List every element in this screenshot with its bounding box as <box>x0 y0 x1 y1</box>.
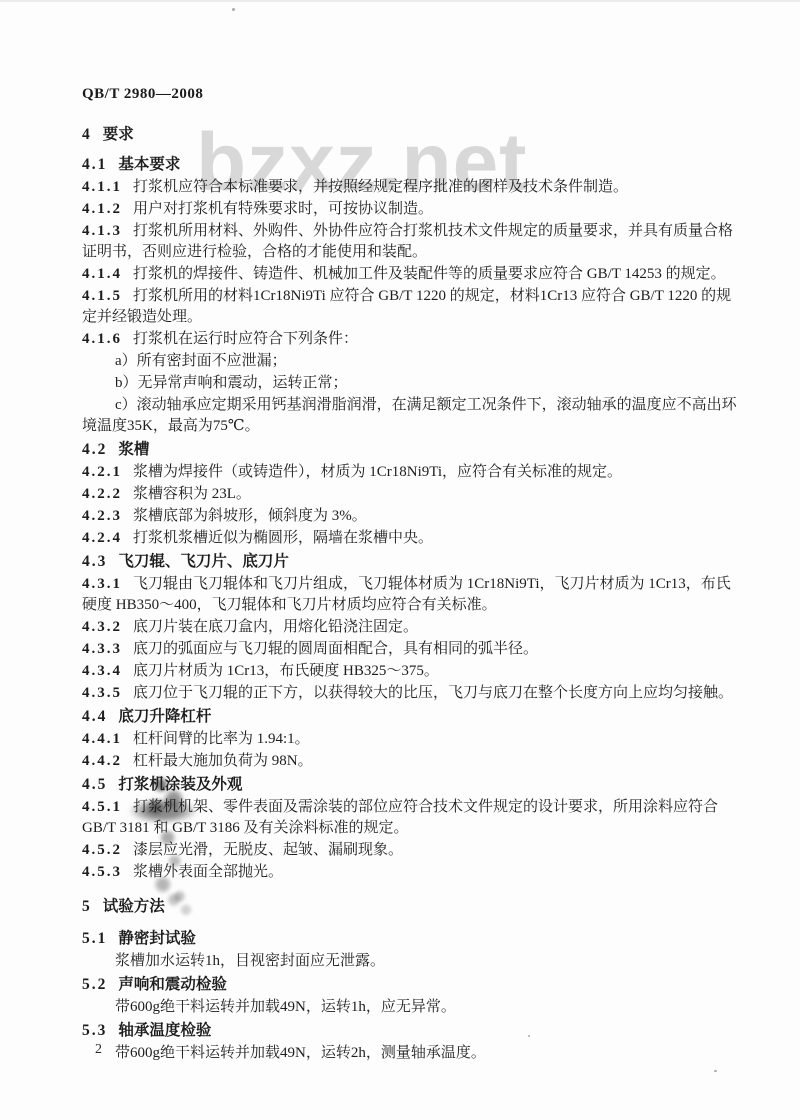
clause-number: 4.2.3 <box>82 508 122 524</box>
clause-text: a）所有密封面不应泄漏； <box>115 353 287 369</box>
clause-number: 4.1 <box>82 156 107 173</box>
list-item: c）滚动轴承应定期采用钙基润滑脂润滑，在满足额定工况条件下，滚动轴承的温度应不高… <box>82 395 742 437</box>
scan-speck <box>714 1070 717 1072</box>
clause-text: 打浆机浆槽近似为椭圆形，隔墙在浆槽中央。 <box>133 530 433 546</box>
clause: 4.5.1打浆机机架、零件表面及需涂装的部位应符合技术文件规定的设计要求，所用涂… <box>82 797 742 839</box>
clause: 4.2.3浆槽底部为斜坡形，倾斜度为 3%。 <box>82 506 742 527</box>
paragraph: 带600g绝干料运转并加载49N，运转2h，测量轴承温度。 <box>82 1043 742 1064</box>
clause-number: 4.1.3 <box>82 223 122 239</box>
clause-text: 用户对打浆机有特殊要求时，可按协议制造。 <box>133 201 433 217</box>
subsection-heading: 4.1基本要求 <box>82 154 742 175</box>
clause-text: 浆槽为焊接件（或铸造件），材质为 1Cr18Ni9Ti，应符合有关标准的规定。 <box>133 464 622 480</box>
standard-number-header: QB/T 2980—2008 <box>82 86 203 103</box>
subsection-heading: 5.1静密封试验 <box>82 928 742 949</box>
clause-number: 4.1.2 <box>82 201 122 217</box>
clause-text: 打浆机所用材料、外购件、外协件应符合打浆机技术文件规定的质量要求，并具有质量合格… <box>82 223 733 260</box>
clause-text: 底刀升降杠杆 <box>118 708 211 725</box>
clause-number: 4.3.4 <box>82 663 122 679</box>
clause-text: 飞刀辊由飞刀辊体和飞刀片组成，飞刀辊体材质为 1Cr18Ni9Ti，飞刀片材质为… <box>82 576 731 613</box>
clause-number: 4.1.5 <box>82 288 122 304</box>
clause-number: 4.3.1 <box>82 576 122 592</box>
clause: 4.5.2漆层应光滑，无脱皮、起皱、漏刷现象。 <box>82 840 742 861</box>
section-heading: 4要求 <box>82 124 742 145</box>
clause-text: 打浆机在运行时应符合下列条件： <box>133 331 358 347</box>
clause-text: 杠杆间臂的比率为 1.94:1。 <box>133 731 310 747</box>
clause: 4.1.1打浆机应符合本标准要求，并按照经规定程序批准的图样及技术条件制造。 <box>82 177 742 198</box>
clause: 4.2.1浆槽为焊接件（或铸造件），材质为 1Cr18Ni9Ti，应符合有关标准… <box>82 462 742 483</box>
clause-text: 打浆机机架、零件表面及需涂装的部位应符合技术文件规定的设计要求，所用涂料应符合 … <box>82 799 718 836</box>
clause-number: 4.5.1 <box>82 799 122 815</box>
clause: 4.4.1杠杆间臂的比率为 1.94:1。 <box>82 729 742 750</box>
clause-text: 底刀位于飞刀辊的正下方，以获得较大的比压，飞刀与底刀在整个长度方向上应均匀接触。 <box>133 685 733 701</box>
clause-number: 4.3.5 <box>82 685 122 701</box>
subsection-heading: 4.4底刀升降杠杆 <box>82 706 742 727</box>
section-heading: 5试验方法 <box>82 896 742 917</box>
paragraph: 带600g绝干料运转并加载49N，运转1h，应无异常。 <box>82 997 742 1018</box>
clause-text: 杠杆最大施加负荷为 98N。 <box>133 753 313 769</box>
clause-text: b）无异常声响和震动，运转正常； <box>115 375 348 391</box>
clause-number: 5.1 <box>82 930 107 947</box>
clause-text: 打浆机应符合本标准要求，并按照经规定程序批准的图样及技术条件制造。 <box>133 179 628 195</box>
clause-text: 带600g绝干料运转并加载49N，运转1h，应无异常。 <box>115 999 456 1015</box>
clause-text: 试验方法 <box>103 898 165 915</box>
clause-number: 4.5.3 <box>82 864 122 880</box>
subsection-heading: 4.3飞刀辊、飞刀片、底刀片 <box>82 551 742 572</box>
clause: 4.1.4打浆机的焊接件、铸造件、机械加工件及装配件等的质量要求应符合 GB/T… <box>82 264 742 285</box>
clause: 4.5.3浆槽外表面全部抛光。 <box>82 862 742 883</box>
clause-text: 浆槽 <box>118 441 149 458</box>
clause-number: 4.3 <box>82 553 107 570</box>
page-number: 2 <box>95 1042 102 1058</box>
clause-number: 4 <box>82 126 92 143</box>
paragraph: 浆槽加水运转1h，目视密封面应无泄露。 <box>82 951 742 972</box>
clause-number: 5 <box>82 898 92 915</box>
clause-number: 4.1.4 <box>82 266 122 282</box>
clause-number: 4.1.6 <box>82 331 122 347</box>
clause-text: 漆层应光滑，无脱皮、起皱、漏刷现象。 <box>133 842 403 858</box>
clause: 4.3.2底刀片装在底刀盒内，用熔化铅浇注固定。 <box>82 617 742 638</box>
clause-text: 要求 <box>103 126 134 143</box>
clause: 4.1.5打浆机所用的材料1Cr18Ni9Ti 应符合 GB/T 1220 的规… <box>82 286 742 328</box>
clause-number: 4.5.2 <box>82 842 122 858</box>
clause-text: 声响和震动检验 <box>118 976 227 993</box>
clause-text: c）滚动轴承应定期采用钙基润滑脂润滑，在满足额定工况条件下，滚动轴承的温度应不高… <box>82 397 737 434</box>
clause-text: 浆槽底部为斜坡形，倾斜度为 3%。 <box>133 508 367 524</box>
clause: 4.3.5底刀位于飞刀辊的正下方，以获得较大的比压，飞刀与底刀在整个长度方向上应… <box>82 683 742 704</box>
clause-number: 4.3.2 <box>82 619 122 635</box>
scanned-document-page: QB/T 2980—2008 bzxz.net 4要求4.1基本要求4.1.1打… <box>0 0 800 1120</box>
clause-text: 带600g绝干料运转并加载49N，运转2h，测量轴承温度。 <box>115 1045 486 1061</box>
document-body: 4要求4.1基本要求4.1.1打浆机应符合本标准要求，并按照经规定程序批准的图样… <box>82 118 742 1065</box>
clause-text: 浆槽容积为 23L。 <box>133 486 251 502</box>
clause-number: 4.4 <box>82 708 107 725</box>
clause-text: 打浆机涂装及外观 <box>118 776 242 793</box>
clause: 4.2.2浆槽容积为 23L。 <box>82 484 742 505</box>
scan-edge-artifact <box>0 0 800 2</box>
subsection-heading: 5.3轴承温度检验 <box>82 1020 742 1041</box>
clause: 4.1.3打浆机所用材料、外购件、外协件应符合打浆机技术文件规定的质量要求，并具… <box>82 221 742 263</box>
subsection-heading: 4.5打浆机涂装及外观 <box>82 774 742 795</box>
clause-number: 4.2.2 <box>82 486 122 502</box>
clause-number: 5.2 <box>82 976 107 993</box>
clause-number: 4.3.3 <box>82 641 122 657</box>
clause: 4.3.3底刀的弧面应与飞刀辊的圆周面相配合，具有相同的弧半径。 <box>82 639 742 660</box>
clause: 4.1.2用户对打浆机有特殊要求时，可按协议制造。 <box>82 199 742 220</box>
subsection-heading: 5.2声响和震动检验 <box>82 974 742 995</box>
clause-text: 底刀片材质为 1Cr13，布氏硬度 HB325～375。 <box>133 663 439 679</box>
clause: 4.1.6打浆机在运行时应符合下列条件： <box>82 329 742 350</box>
subsection-heading: 4.2浆槽 <box>82 439 742 460</box>
clause-number: 4.1.1 <box>82 179 122 195</box>
list-item: b）无异常声响和震动，运转正常； <box>82 373 742 394</box>
clause: 4.4.2杠杆最大施加负荷为 98N。 <box>82 751 742 772</box>
clause-number: 4.2.1 <box>82 464 122 480</box>
clause-number: 4.5 <box>82 776 107 793</box>
scan-speck <box>232 8 235 11</box>
clause-text: 浆槽外表面全部抛光。 <box>133 864 283 880</box>
clause-text: 底刀的弧面应与飞刀辊的圆周面相配合，具有相同的弧半径。 <box>133 641 538 657</box>
clause-text: 基本要求 <box>118 156 180 173</box>
clause: 4.3.1飞刀辊由飞刀辊体和飞刀片组成，飞刀辊体材质为 1Cr18Ni9Ti，飞… <box>82 574 742 616</box>
clause: 4.2.4打浆机浆槽近似为椭圆形，隔墙在浆槽中央。 <box>82 528 742 549</box>
clause-number: 4.2.4 <box>82 530 122 546</box>
clause-text: 飞刀辊、飞刀片、底刀片 <box>118 553 289 570</box>
clause-text: 轴承温度检验 <box>118 1022 211 1039</box>
clause-text: 浆槽加水运转1h，目视密封面应无泄露。 <box>115 953 385 969</box>
clause-text: 底刀片装在底刀盒内，用熔化铅浇注固定。 <box>133 619 418 635</box>
clause-number: 4.4.1 <box>82 731 122 747</box>
clause-number: 4.4.2 <box>82 753 122 769</box>
clause-text: 静密封试验 <box>118 930 196 947</box>
clause: 4.3.4底刀片材质为 1Cr13，布氏硬度 HB325～375。 <box>82 661 742 682</box>
clause-number: 4.2 <box>82 441 107 458</box>
list-item: a）所有密封面不应泄漏； <box>82 351 742 372</box>
clause-text: 打浆机所用的材料1Cr18Ni9Ti 应符合 GB/T 1220 的规定，材料1… <box>82 288 731 325</box>
clause-text: 打浆机的焊接件、铸造件、机械加工件及装配件等的质量要求应符合 GB/T 1425… <box>133 266 726 282</box>
clause-number: 5.3 <box>82 1022 107 1039</box>
